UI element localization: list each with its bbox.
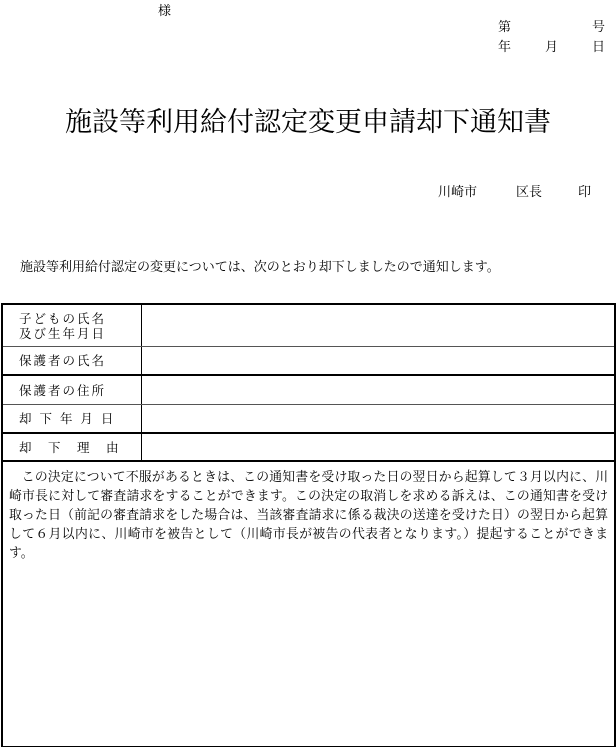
form-label: 保護者の氏名: [3, 347, 142, 374]
form-label: 保護者の住所: [3, 376, 142, 404]
issuer-ward-head: 区長: [516, 181, 542, 200]
issue-date: 年 月 日: [498, 36, 606, 56]
child-name-birthdate-field[interactable]: [143, 305, 614, 346]
guardian-address-field[interactable]: [143, 376, 614, 404]
seal-mark: 印: [578, 181, 591, 200]
form-label-line: 及び生年月日: [19, 326, 141, 341]
document-number: 第 号: [498, 16, 606, 36]
form-row-rejection-reason: 却 下 理 由: [3, 434, 614, 462]
form-row-guardian-address: 保護者の住所: [3, 376, 614, 405]
form-row-guardian-name: 保護者の氏名: [3, 347, 614, 376]
guardian-name-field[interactable]: [143, 347, 614, 374]
form-label-line: 子どもの氏名: [19, 311, 141, 326]
intro-text: 施設等利用給付認定の変更については、次のとおり却下しましたので通知します。: [20, 256, 500, 275]
form-label: 子どもの氏名 及び生年月日: [3, 305, 142, 346]
date-month: 月: [545, 36, 558, 55]
doc-number-prefix: 第: [498, 16, 511, 35]
form-label: 却 下 理 由: [3, 434, 142, 460]
rejection-reason-field[interactable]: [143, 434, 614, 460]
page-title: 施設等利用給付認定変更申請却下通知書: [0, 100, 616, 139]
addressee-suffix: 様: [158, 0, 171, 19]
form-row-child: 子どもの氏名 及び生年月日: [3, 305, 614, 347]
date-day: 日: [592, 36, 605, 55]
appeal-notice-text: この決定について不服があるときは、この通知書を受け取った日の翌日から起算して３月…: [3, 462, 614, 563]
issuer-city: 川崎市: [438, 181, 477, 200]
date-year: 年: [498, 36, 511, 55]
form-row-rejection-date: 却 下 年 月 日: [3, 405, 614, 434]
document-number-block: 第 号 年 月 日: [498, 16, 606, 56]
notification-form: 子どもの氏名 及び生年月日 保護者の氏名 保護者の住所 却 下 年 月 日 却 …: [1, 303, 616, 747]
rejection-date-field[interactable]: [143, 405, 614, 432]
form-label: 却 下 年 月 日: [3, 405, 142, 432]
doc-number-suffix: 号: [592, 16, 605, 35]
